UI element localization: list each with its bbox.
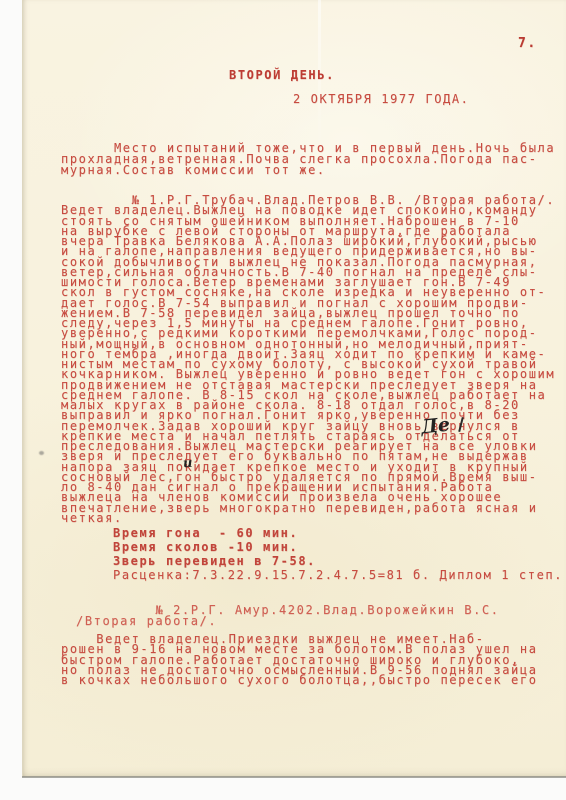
entry-1-report-text: № 1.Р.Г.Трубач.Влад.Петров В.В. /Вторая …	[61, 195, 555, 523]
day-title: ВТОРОЙ ДЕНЬ.	[229, 68, 335, 82]
scanned-document-page: 7. ВТОРОЙ ДЕНЬ. 2 ОКТЯБРЯ 1977 ГОДА. Мес…	[0, 0, 566, 800]
page-number: 7.	[518, 36, 537, 51]
intro-paragraph: Место испытаний тоже,что и в первый день…	[61, 143, 555, 175]
entry-2-heading: № 2.Р.Г. Амур.4202.Влад.Ворожейкин В.С. …	[76, 605, 500, 627]
handwritten-correction-i: и	[182, 456, 192, 472]
date-line: 2 ОКТЯБРЯ 1977 ГОДА.	[293, 92, 470, 106]
entry-1-results: Время гона - 60 мин. Время сколов -10 ми…	[113, 527, 316, 568]
pencil-smudge	[39, 451, 44, 455]
entry-1-score-line: Расценка:7.3.22.9.15.7.2.4.7.5=81 б. Дип…	[113, 568, 563, 582]
entry-2-report-text: Ведет владелец.Приездки выжлец не имеет.…	[61, 634, 538, 685]
paper-bottom-edge	[22, 776, 566, 778]
handwritten-correction-de: Де	[420, 414, 451, 439]
paper-sheet: 7. ВТОРОЙ ДЕНЬ. 2 ОКТЯБРЯ 1977 ГОДА. Мес…	[22, 0, 566, 777]
